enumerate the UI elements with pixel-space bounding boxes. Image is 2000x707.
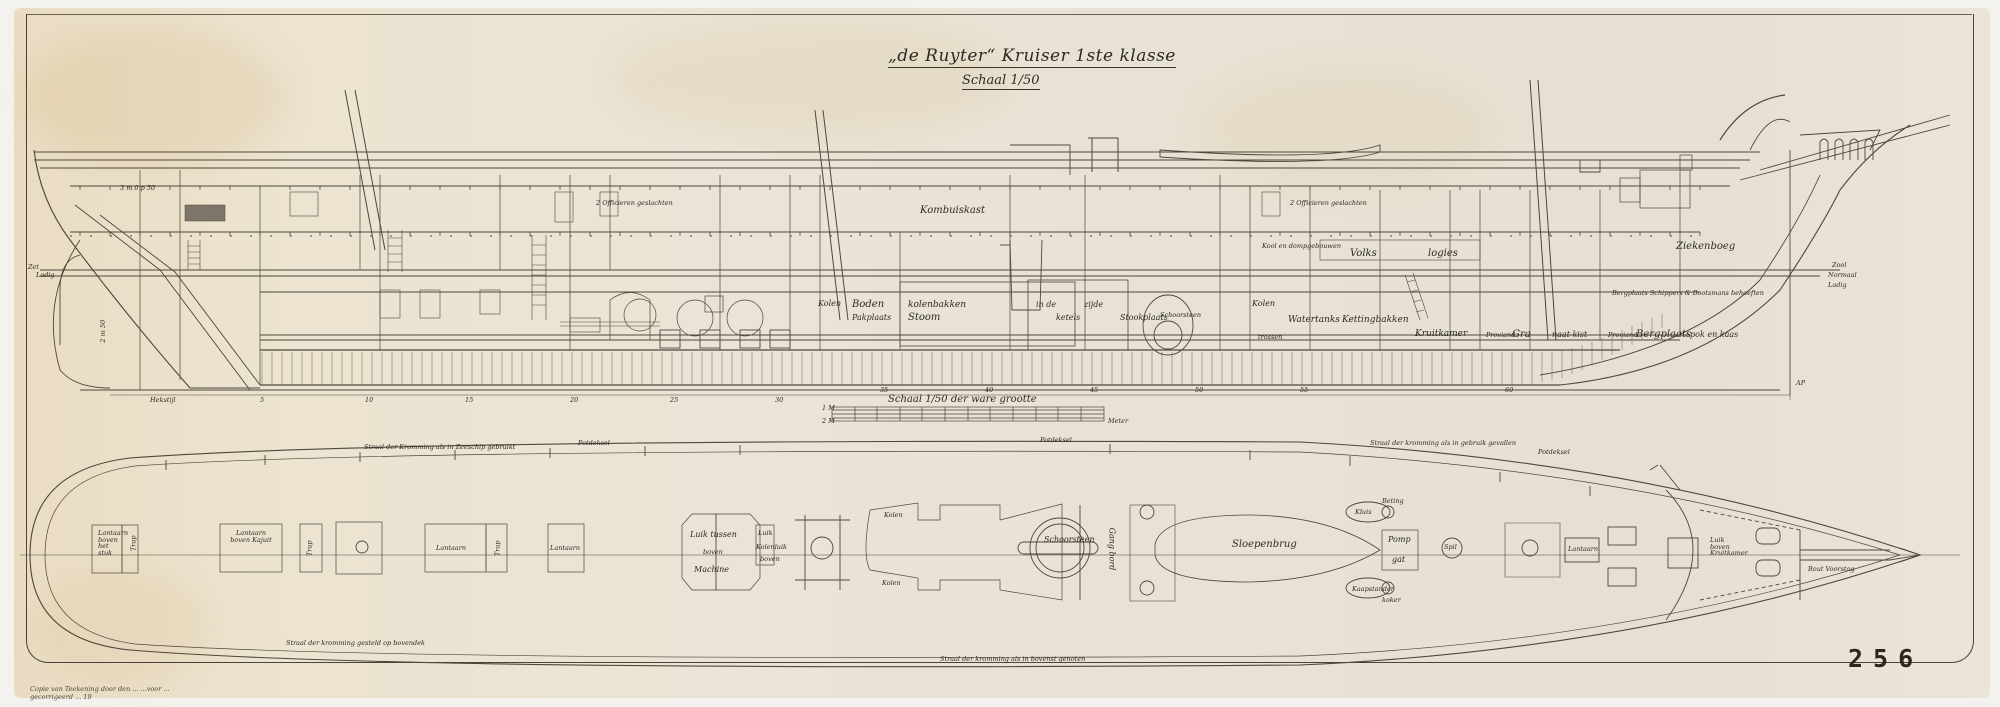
- label-boden: Boden: [852, 300, 884, 310]
- label-luik-small: Luik: [758, 530, 773, 537]
- label-kolenluik: Kolenluik: [756, 544, 787, 551]
- ship-drawing-svg: [0, 0, 2000, 707]
- label-spil: Spil: [1444, 544, 1457, 551]
- label-schoorsteen-plan: Schoorsteen: [1044, 536, 1095, 544]
- label-dimension-1: 2 m 50: [100, 320, 107, 343]
- label-lantaarn-5: Lantaarn: [1568, 546, 1598, 553]
- label-pakplaats: Pakplaats: [852, 314, 891, 322]
- label-schoorsteen: Schoorsteen: [1160, 312, 1201, 319]
- frame-number: 50: [1195, 387, 1203, 394]
- label-officieren-right: 2 Officieren geslachten: [1290, 200, 1367, 207]
- drawing-title: „de Ruyter“ Kruiser 1ste klasse: [888, 48, 1176, 68]
- label-ladig-left: Ladig: [36, 272, 55, 279]
- label-trap-2: Trap: [306, 541, 313, 556]
- label-ketels: ketels: [1056, 314, 1080, 322]
- frame-number: 5: [260, 397, 264, 404]
- frame-number: 20: [570, 397, 578, 404]
- label-lantaarn-left: Lantaarn boven het stuk: [98, 530, 122, 556]
- label-kluis: Kluis: [1355, 509, 1372, 516]
- label-rand-bottom-left: Straal der kromming gesteld op bovendek: [286, 640, 425, 647]
- label-normaal: Normaal: [1828, 272, 1857, 279]
- drawing-scale: Schaal 1/50: [962, 74, 1040, 90]
- label-proviand-2: Proviand: [1608, 332, 1637, 339]
- label-lantaarn-kajuit: Lantaarn boven Kajuit: [226, 530, 276, 543]
- label-proviand-1: Proviand: [1486, 332, 1515, 339]
- label-trossen: trossen: [1258, 334, 1282, 341]
- label-in-de: in de: [1036, 301, 1056, 309]
- label-kombuiskast: Kombuiskast: [920, 206, 985, 216]
- label-gra: Gra: [1512, 330, 1531, 340]
- scale-bar: [832, 407, 1104, 421]
- label-potdeksel-top: Potdeksel: [578, 440, 610, 447]
- label-gangboord: Gang bord: [1107, 528, 1115, 571]
- label-rand-top-right: Straal der kromming als in gebruik geval…: [1370, 440, 1516, 447]
- label-dimension-2: 3 m 0 p 50: [120, 185, 155, 192]
- scale-bar-left-label: 2 M: [822, 418, 835, 425]
- sheet-number: 256: [1848, 644, 1923, 673]
- label-naat-kist: naat kist: [1552, 331, 1587, 339]
- label-kolen-2: Kolen: [1252, 300, 1275, 308]
- label-potdeksel-top-2: Potdeksel: [1040, 437, 1072, 444]
- label-bergplaats-schippers: Bergplaats Schippers & Bootsmans behoeft…: [1612, 290, 1764, 297]
- label-rand-top-left: Straal der Kromming als in Zeeschip gebr…: [364, 444, 515, 451]
- label-lantaarn-4: Lantaarn: [550, 545, 580, 552]
- label-machine: Machine: [694, 566, 729, 574]
- frame-number: AP: [1796, 380, 1805, 387]
- label-zet-left: Zet: [28, 264, 39, 271]
- label-kaapstander: Kaapstander: [1352, 586, 1394, 593]
- frame-number: 10: [365, 397, 373, 404]
- frame-number: 55: [1300, 387, 1308, 394]
- scale-bar-left-label: 1 M: [822, 405, 835, 412]
- label-boven-small: boven: [760, 556, 780, 563]
- frame-number: 60: [1505, 387, 1513, 394]
- frame-number: 25: [670, 397, 678, 404]
- scale-bar-end-label: Meter: [1108, 418, 1128, 425]
- label-potdeksel-right: Potdeksel: [1538, 449, 1570, 456]
- label-kruitkamer: Kruitkamer: [1415, 330, 1467, 339]
- label-pok-en-kaas: pok en kaas: [1690, 331, 1738, 339]
- label-logies: logies: [1428, 249, 1458, 259]
- label-kool-dompgebouwen: Kool en dompgebouwen: [1262, 243, 1341, 250]
- label-trap-3: Trap: [494, 541, 501, 556]
- label-trap-left: Trap: [130, 536, 137, 551]
- label-kolen-a: Kolen: [884, 512, 903, 519]
- label-kolen-1: Kolen: [818, 300, 841, 308]
- label-officieren-left: 2 Officieren geslachten: [596, 200, 673, 207]
- frame-number: 35: [880, 387, 888, 394]
- label-luik-kruitkamer: Luik boven Kruitkamer: [1710, 537, 1740, 557]
- label-stoom: Stoom: [908, 313, 940, 323]
- label-kolen-b: Kolen: [882, 580, 901, 587]
- frame-number: 30: [775, 397, 783, 404]
- frame-number: Hekstijl: [150, 397, 176, 404]
- label-zijde: zijde: [1084, 301, 1103, 309]
- label-watertanks: Watertanks: [1288, 316, 1340, 325]
- frame-number: 15: [465, 397, 473, 404]
- frame-number: 45: [1090, 387, 1098, 394]
- label-beting: Beting: [1382, 498, 1404, 505]
- profile-view: [34, 80, 1950, 400]
- scale-bar-title: Schaal 1/50 der ware grootte: [888, 395, 1037, 405]
- frame-number: 40: [985, 387, 993, 394]
- label-kolenbakken: kolenbakken: [908, 301, 966, 310]
- label-koker: koker: [1382, 597, 1401, 604]
- label-bout-voorstag: Bout Voorstag: [1808, 566, 1855, 573]
- label-gat: gat: [1392, 556, 1405, 564]
- label-sloepenbrug: Sloepenbrug: [1232, 540, 1297, 550]
- label-bergplaats: Bergplaats: [1636, 330, 1691, 340]
- label-luik-tussen: Luik tussen: [690, 531, 737, 539]
- label-boven: boven: [703, 549, 723, 556]
- label-ziekenboeg: Ziekenboeg: [1676, 242, 1735, 252]
- label-kettingbakken: Kettingbakken: [1342, 316, 1409, 325]
- label-pomp: Pomp: [1388, 536, 1411, 544]
- label-volks: Volks: [1350, 249, 1377, 259]
- label-lantaarn-3: Lantaarn: [436, 545, 466, 552]
- footnote: Copie van Teekening door den ... ...voor…: [30, 685, 200, 701]
- label-rand-bottom-mid: Straal der kromming als in bovenst genot…: [940, 656, 1085, 663]
- label-ladig: Ladig: [1828, 282, 1847, 289]
- label-zool: Zool: [1832, 262, 1846, 269]
